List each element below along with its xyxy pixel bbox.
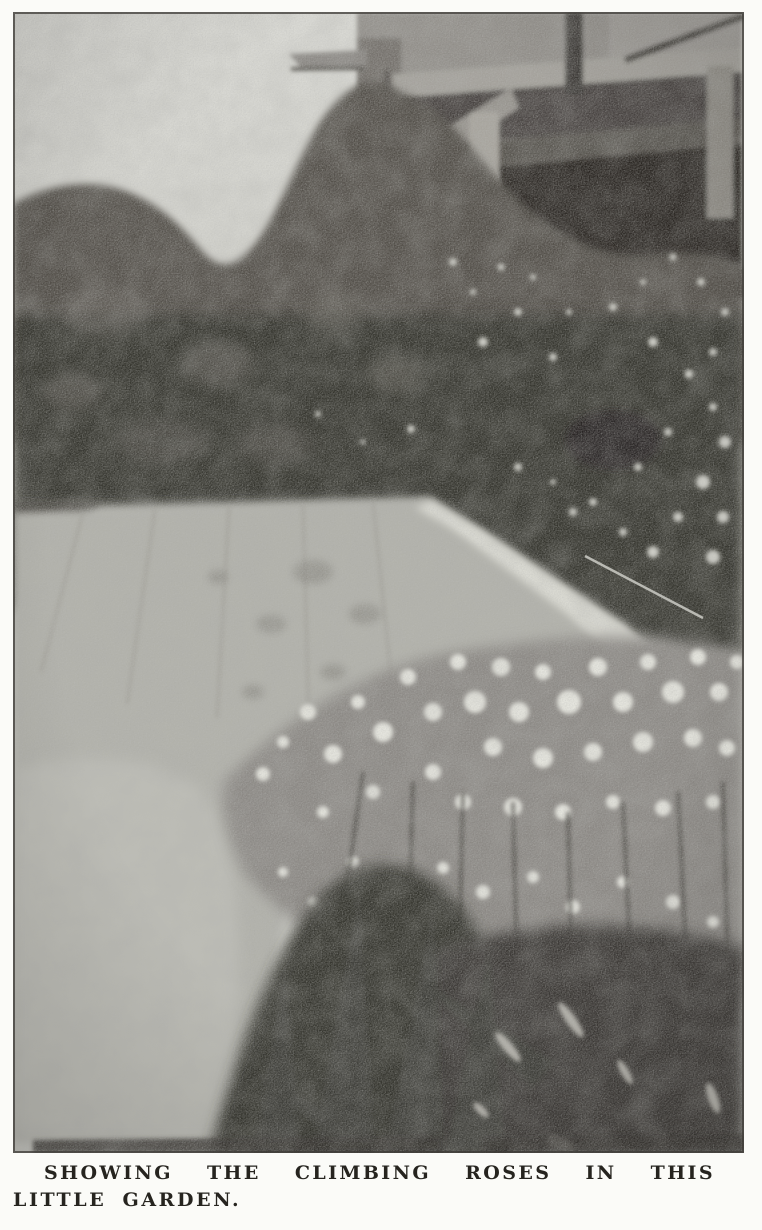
caption-word: IN — [585, 1160, 616, 1187]
caption-word: SHOWING — [44, 1160, 173, 1187]
photo-caption: SHOWINGTHECLIMBINGROSESINTHIS LITTLE GAR… — [13, 1160, 729, 1214]
garden-photograph — [13, 12, 744, 1153]
book-page: SHOWINGTHECLIMBINGROSESINTHIS LITTLE GAR… — [0, 0, 762, 1230]
photo-canvas — [13, 12, 744, 1153]
vignette-overlay — [13, 12, 744, 1153]
caption-word: CLIMBING — [295, 1160, 431, 1187]
caption-word: THIS — [651, 1160, 715, 1187]
photo-caption-line-2: LITTLE GARDEN. — [13, 1187, 729, 1214]
caption-word: ROSES — [465, 1160, 551, 1187]
photo-caption-line-1: SHOWINGTHECLIMBINGROSESINTHIS — [13, 1160, 729, 1187]
caption-word: THE — [207, 1160, 261, 1187]
